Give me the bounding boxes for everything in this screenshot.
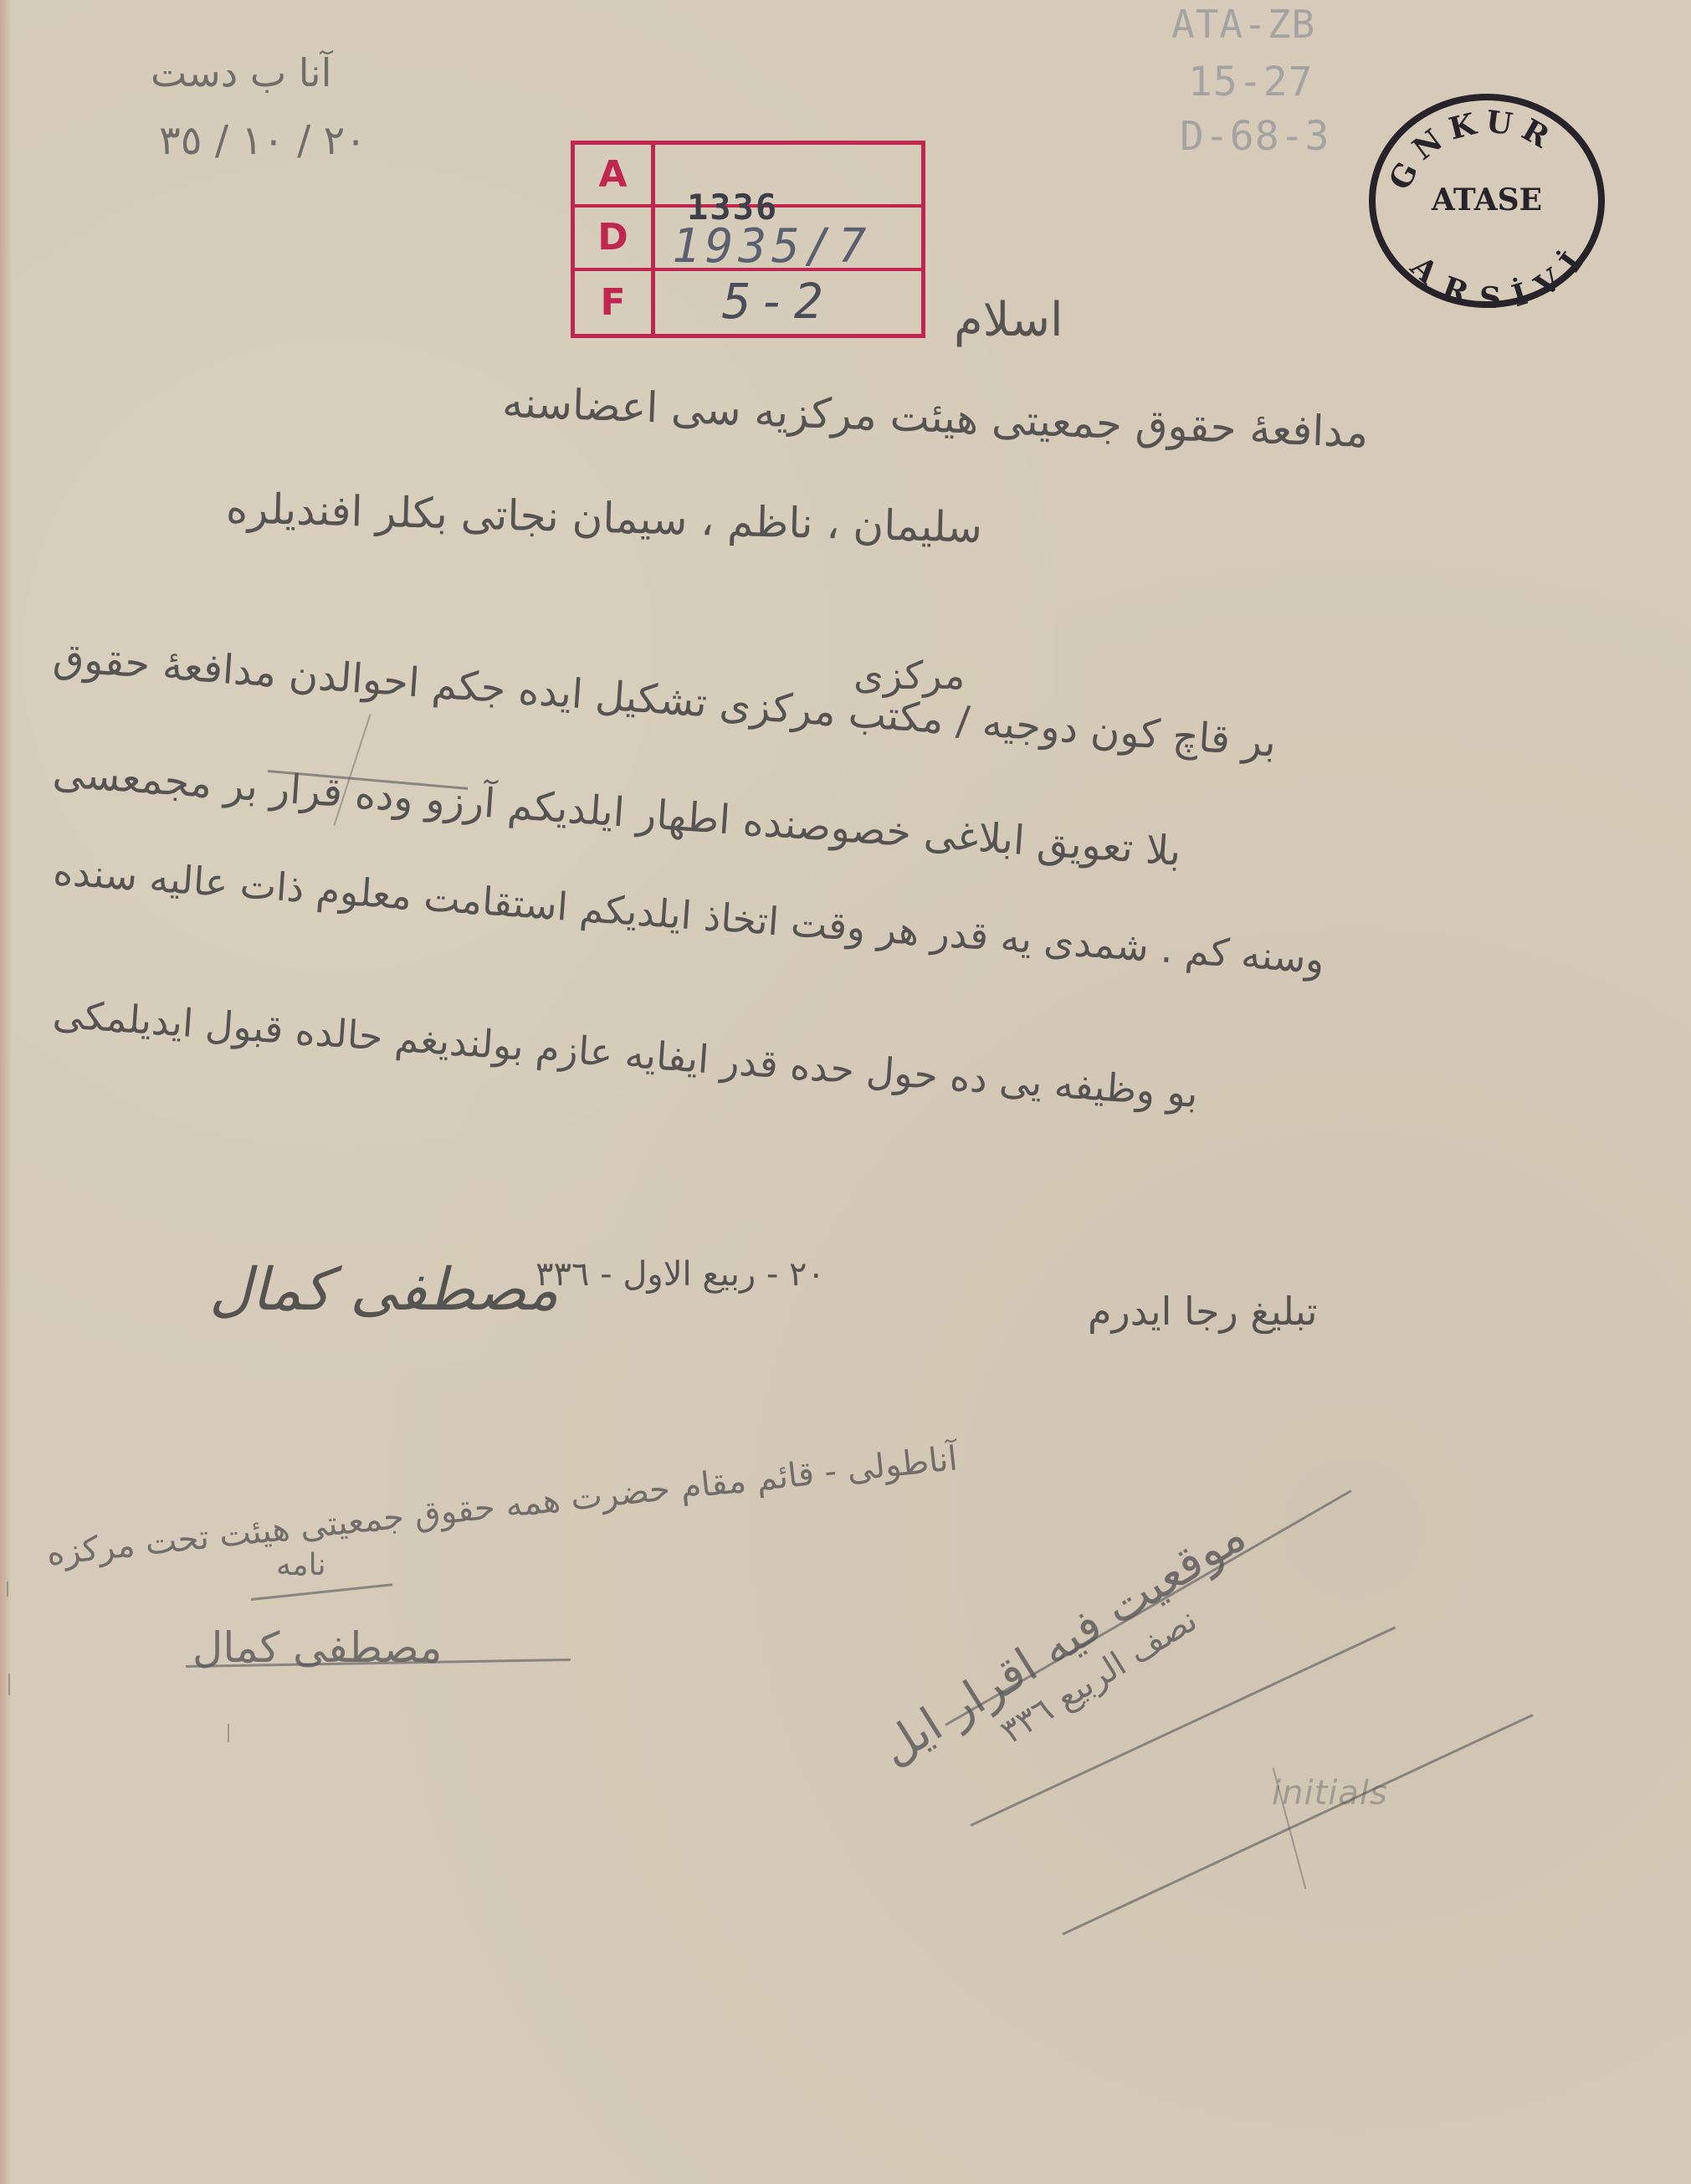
header-note-date: ٢٠ / ١٠ / ٣٥: [159, 117, 366, 164]
adf-value-d: 1935/7: [672, 219, 871, 274]
body-line-4: بلا تعویق ابلاغی خصوصنده اطهار ایلدیکم آ…: [51, 750, 1182, 875]
header-note-line1: آنا ب دست: [151, 50, 331, 95]
signature-date: ٢٠ - ربیع الاول - ٣٣٦: [535, 1255, 825, 1294]
margin-mark-3: [228, 1724, 229, 1742]
adf-value-f-cell: 5-2: [655, 271, 921, 334]
body-line-2: سلیمان ، ناظم ، سیمان نجاتی بکلر افندیلر…: [225, 484, 982, 552]
signature-name: مصطفی کمال: [209, 1255, 559, 1324]
body-line-7: تبلیغ رجا ایدرم: [1088, 1289, 1318, 1334]
margin-mark-1: [7, 1582, 8, 1597]
adf-label-a: A: [575, 145, 655, 208]
archive-code-line3: D-68-3: [1180, 113, 1330, 160]
archive-code-line2: 15-27: [1188, 59, 1314, 105]
adf-value-a-cell: 1336: [655, 145, 921, 208]
adf-archive-stamp: A 1336 D 1935/7 F 5-2: [571, 141, 925, 338]
archive-code-line1: ATA-ZB: [1171, 2, 1315, 47]
lower-right-note-line1: موقعیت فیه اقرار ایل: [871, 1508, 1255, 1776]
body-line-3: بر قاچ کون دوجیه / مکتب مرکزی تشکیل ایده…: [52, 634, 1278, 766]
margin-mark-2: [8, 1674, 10, 1695]
seal-center-text: ATASE: [1376, 182, 1598, 218]
svg-text:ARŞİVİ: ARŞİVİ: [1403, 239, 1595, 308]
scan-edge-shadow: [0, 0, 12, 2184]
lower-right-initials: initials: [1272, 1774, 1388, 1812]
lower-left-note-line2: نامه: [276, 1548, 326, 1582]
adf-value-d-cell: 1935/7: [655, 208, 921, 270]
body-line-1: مدافعهٔ حقوق جمعیتی هیئت مرکزیه سی اعضاس…: [501, 378, 1369, 457]
lower-left-note-line1: آناطولی - قائم مقام حضرت همه حقوق جمعیتی…: [45, 1439, 960, 1573]
lower-right-rule-3: [1062, 1714, 1533, 1935]
salutation: اسلام: [954, 293, 1063, 347]
lower-right-rule-1: [945, 1489, 1351, 1726]
seal-bottom-text: ARŞİVİ: [1403, 239, 1595, 308]
adf-label-d: D: [575, 208, 655, 270]
gnkur-atase-archive-seal: GNKUR ARŞİVİ ATASE: [1369, 94, 1605, 308]
lower-left-rule: [251, 1583, 392, 1601]
adf-value-f: 5-2: [722, 273, 830, 330]
body-line-6: بو وظیفه یی ده حول حده قدر ایفایه عازم ب…: [51, 991, 1199, 1116]
adf-label-f: F: [575, 271, 655, 334]
